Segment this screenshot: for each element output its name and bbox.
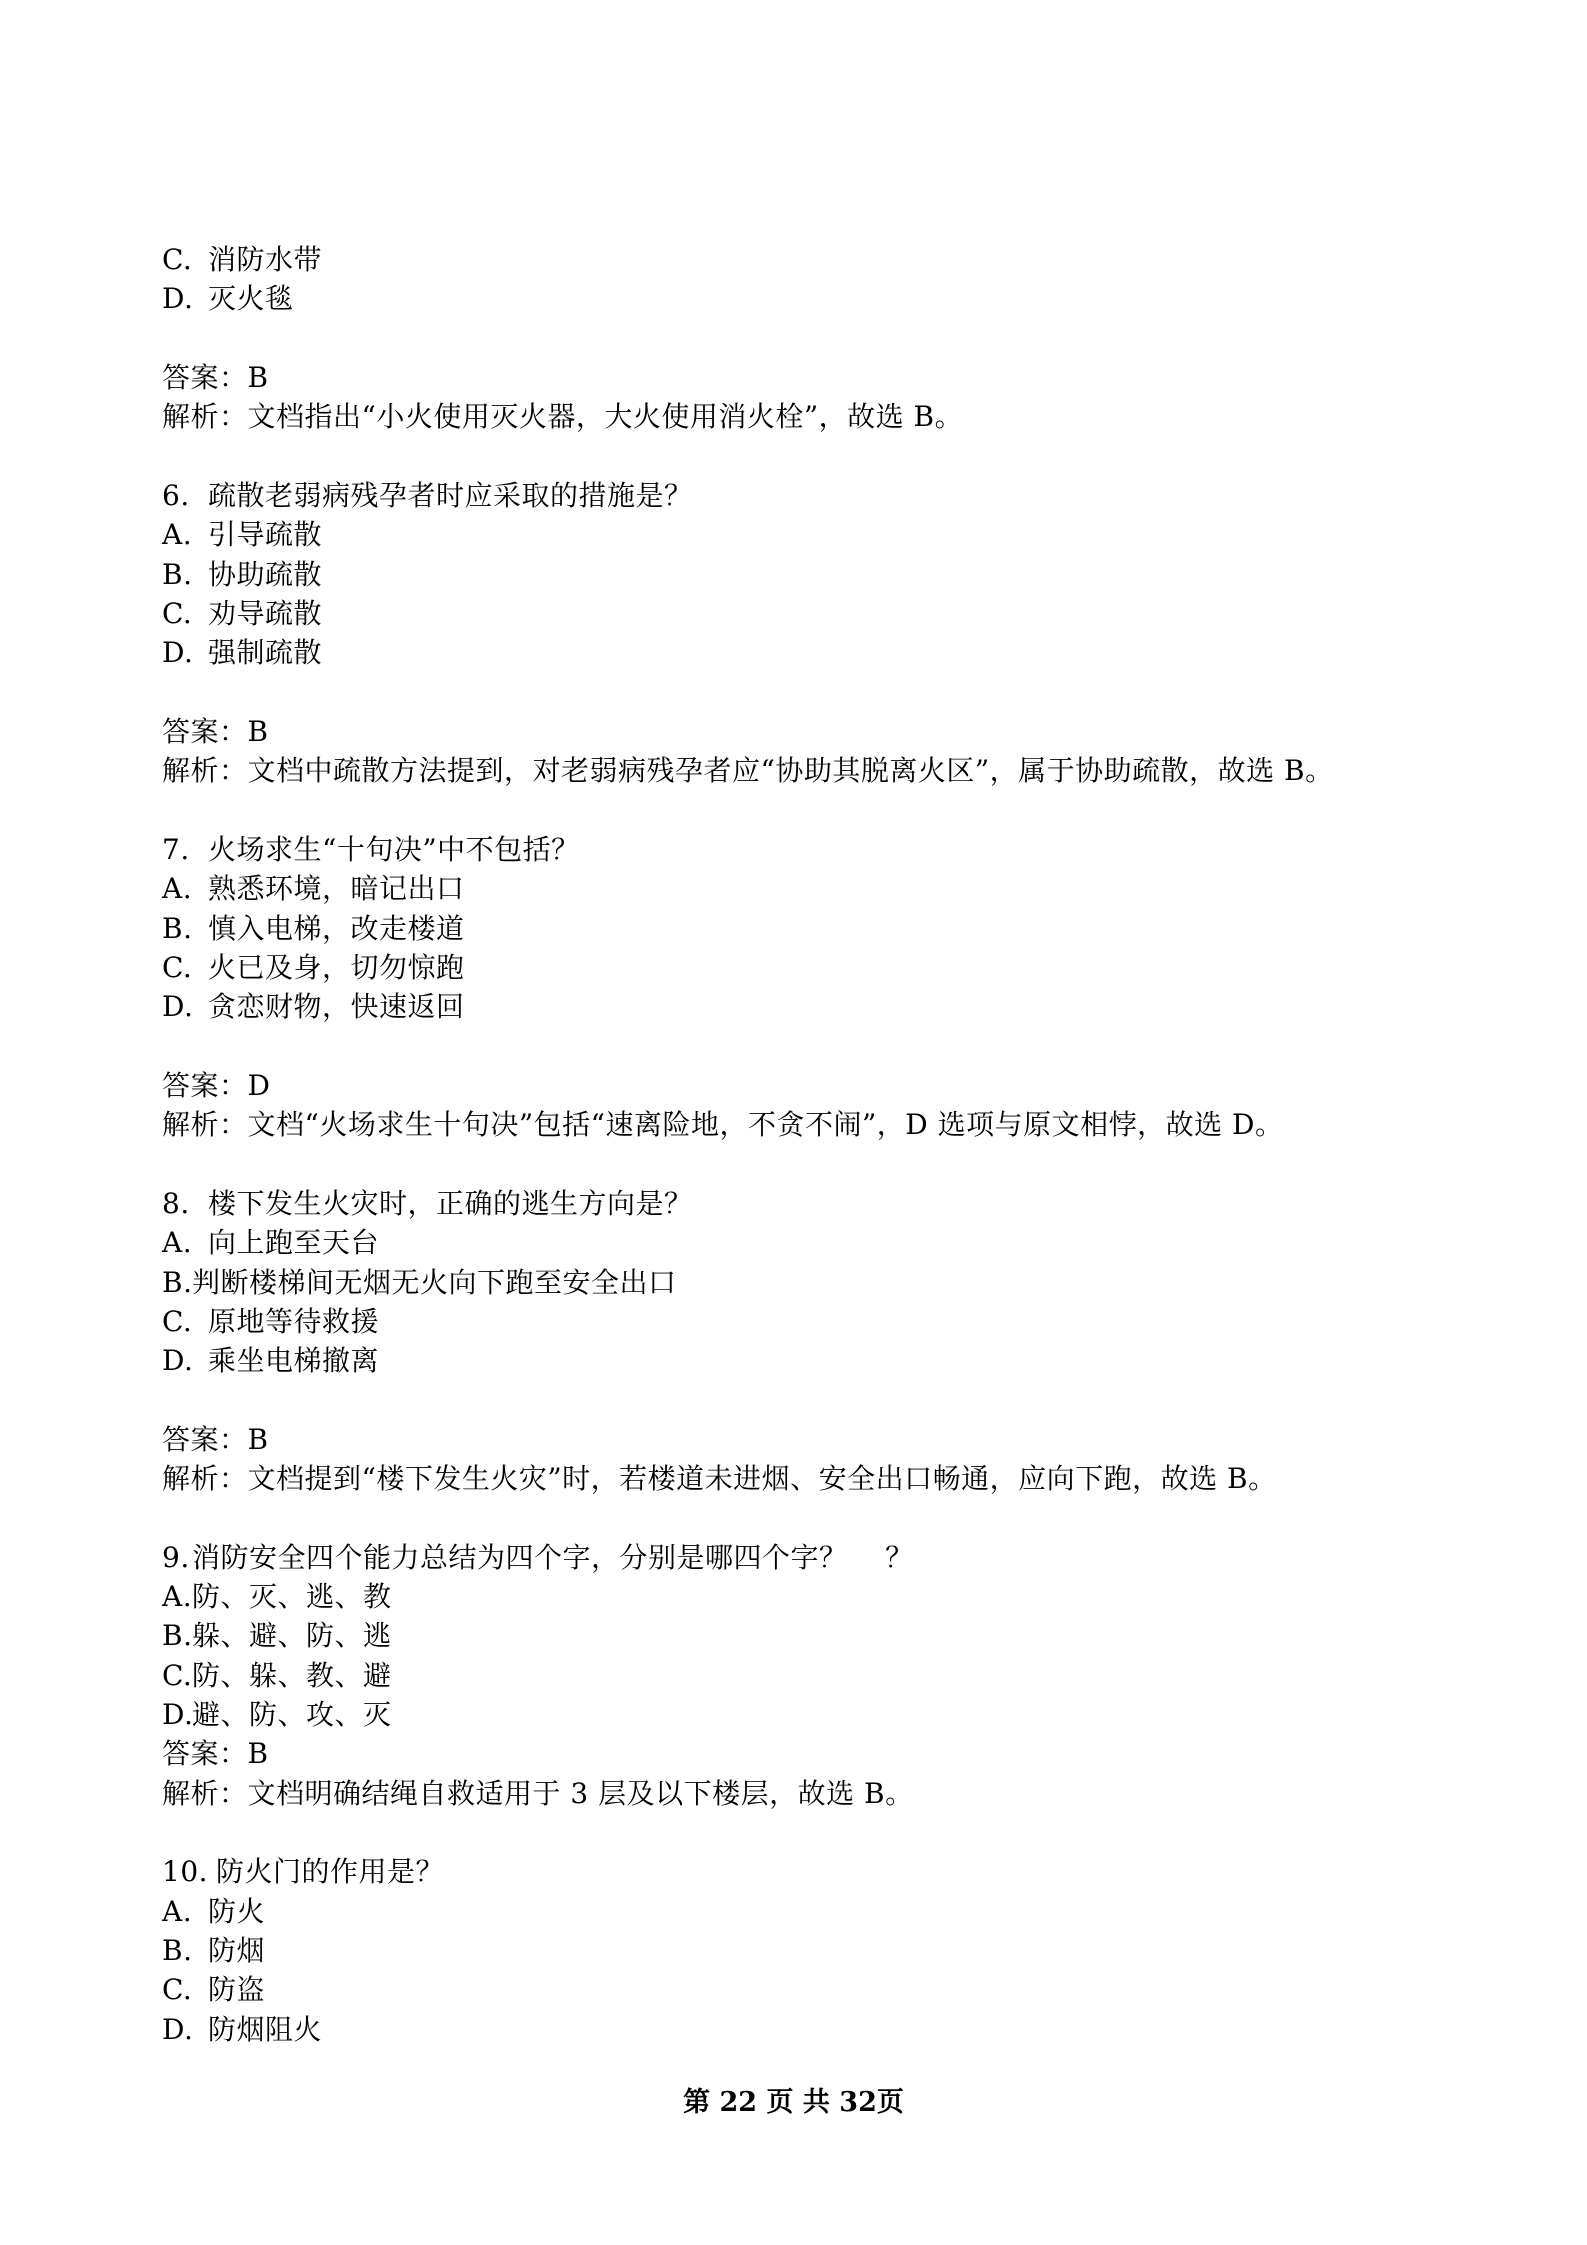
- option-text: 劝导疏散: [208, 597, 322, 630]
- option-label: D.: [162, 2010, 208, 2049]
- blank-line: [162, 791, 1442, 830]
- option-d: D.灭火毯: [162, 279, 1442, 318]
- question-text: 火场求生“十句决”中不包括？: [208, 833, 580, 866]
- option-label: A.: [162, 1223, 208, 1262]
- question-title: 9.消防安全四个能力总结为四个字，分别是哪四个字？ ？: [162, 1538, 1442, 1577]
- option-label: C.: [162, 594, 208, 633]
- option-label: D.: [162, 987, 208, 1026]
- question-text: 楼下发生火灾时，正确的逃生方向是？: [208, 1187, 693, 1220]
- option-text: 防烟阻火: [208, 2013, 322, 2046]
- option-label: C.: [162, 1302, 208, 1341]
- option-b: B.躲、避、防、逃: [162, 1616, 1442, 1655]
- option-d: D.避、防、攻、灭: [162, 1695, 1442, 1734]
- option-text: 强制疏散: [208, 636, 322, 669]
- option-label: B.: [162, 1931, 208, 1970]
- option-text: 火已及身，切勿惊跑: [208, 951, 465, 984]
- option-label: A.: [162, 515, 208, 554]
- option-text: 引导疏散: [208, 518, 322, 551]
- option-c: C.防盗: [162, 1970, 1442, 2009]
- option-label: C.: [162, 1656, 192, 1695]
- analysis-line: 解析：文档明确结绳自救适用于 3 层及以下楼层，故选 B。: [162, 1774, 1442, 1813]
- question-title: 6.疏散老弱病残孕者时应采取的措施是？: [162, 476, 1442, 515]
- option-b: B.慎入电梯，改走楼道: [162, 909, 1442, 948]
- option-label: B.: [162, 555, 208, 594]
- page-content: C.消防水带 D.灭火毯 答案：B 解析：文档指出“小火使用灭火器，大火使用消火…: [162, 240, 1442, 2049]
- option-text: 熟悉环境，暗记出口: [208, 872, 465, 905]
- option-c: C.防、躲、教、避: [162, 1656, 1442, 1695]
- option-text: 防盗: [208, 1973, 265, 2006]
- analysis-line: 解析：文档“火场求生十句决”包括“速离险地，不贪不闹”，D 选项与原文相悖，故选…: [162, 1105, 1442, 1144]
- answer-line: 答案：D: [162, 1066, 1442, 1105]
- question-number: 7.: [162, 830, 208, 869]
- option-label: A.: [162, 869, 208, 908]
- option-label: A.: [162, 1892, 208, 1931]
- option-label: C.: [162, 1970, 208, 2009]
- question-number: 9.: [162, 1538, 192, 1577]
- option-text: 判断楼梯间无烟无火向下跑至安全出口: [192, 1266, 677, 1299]
- option-c: C.火已及身，切勿惊跑: [162, 948, 1442, 987]
- option-text: 避、防、攻、灭: [192, 1698, 392, 1731]
- option-a: A.引导疏散: [162, 515, 1442, 554]
- option-c: C.消防水带: [162, 240, 1442, 279]
- analysis-line: 解析：文档提到“楼下发生火灾”时，若楼道未进烟、安全出口畅通，应向下跑，故选 B…: [162, 1459, 1442, 1498]
- option-text: 防烟: [208, 1934, 265, 1967]
- option-text: 原地等待救援: [208, 1305, 379, 1338]
- question-number: 8.: [162, 1184, 208, 1223]
- option-d: D.贪恋财物，快速返回: [162, 987, 1442, 1026]
- analysis-line: 解析：文档中疏散方法提到，对老弱病残孕者应“协助其脱离火区”，属于协助疏散，故选…: [162, 751, 1442, 790]
- option-label: D.: [162, 279, 208, 318]
- option-text: 慎入电梯，改走楼道: [208, 912, 465, 945]
- option-text: 协助疏散: [208, 558, 322, 591]
- question-title: 8.楼下发生火灾时，正确的逃生方向是？: [162, 1184, 1442, 1223]
- question-title: 7.火场求生“十句决”中不包括？: [162, 830, 1442, 869]
- option-text: 乘坐电梯撤离: [208, 1344, 379, 1377]
- answer-line: 答案：B: [162, 712, 1442, 751]
- question-number: 6.: [162, 476, 208, 515]
- option-label: B.: [162, 909, 208, 948]
- option-a: A.熟悉环境，暗记出口: [162, 869, 1442, 908]
- option-text: 贪恋财物，快速返回: [208, 990, 465, 1023]
- option-d: D.防烟阻火: [162, 2010, 1442, 2049]
- option-label: C.: [162, 240, 208, 279]
- option-c: C.原地等待救援: [162, 1302, 1442, 1341]
- option-b: B.判断楼梯间无烟无火向下跑至安全出口: [162, 1263, 1442, 1302]
- question-number: 10.: [162, 1852, 216, 1891]
- page-number-footer: 第 22 页 共 32页: [0, 2083, 1587, 2123]
- option-text: 消防水带: [208, 243, 322, 276]
- analysis-line: 解析：文档指出“小火使用灭火器，大火使用消火栓”，故选 B。: [162, 397, 1442, 436]
- question-text: 疏散老弱病残孕者时应采取的措施是？: [208, 479, 693, 512]
- option-a: A.向上跑至天台: [162, 1223, 1442, 1262]
- answer-line: 答案：B: [162, 358, 1442, 397]
- option-d: D.乘坐电梯撤离: [162, 1341, 1442, 1380]
- blank-line: [162, 673, 1442, 712]
- option-label: B.: [162, 1616, 192, 1655]
- blank-line: [162, 1027, 1442, 1066]
- document-page: C.消防水带 D.灭火毯 答案：B 解析：文档指出“小火使用灭火器，大火使用消火…: [0, 0, 1587, 2245]
- option-d: D.强制疏散: [162, 633, 1442, 672]
- question-text: 防火门的作用是？: [216, 1855, 444, 1888]
- option-text: 躲、避、防、逃: [192, 1619, 392, 1652]
- option-label: D.: [162, 633, 208, 672]
- option-a: A.防火: [162, 1892, 1442, 1931]
- option-c: C.劝导疏散: [162, 594, 1442, 633]
- option-label: B.: [162, 1263, 192, 1302]
- answer-line: 答案：B: [162, 1734, 1442, 1773]
- question-text: 消防安全四个能力总结为四个字，分别是哪四个字？ ？: [192, 1541, 914, 1574]
- option-text: 防火: [208, 1895, 265, 1928]
- blank-line: [162, 1145, 1442, 1184]
- blank-line: [162, 1381, 1442, 1420]
- option-label: D.: [162, 1341, 208, 1380]
- blank-line: [162, 437, 1442, 476]
- option-a: A.防、灭、逃、教: [162, 1577, 1442, 1616]
- option-label: A.: [162, 1577, 192, 1616]
- option-text: 灭火毯: [208, 282, 294, 315]
- blank-line: [162, 1499, 1442, 1538]
- option-b: B.防烟: [162, 1931, 1442, 1970]
- option-text: 向上跑至天台: [208, 1226, 379, 1259]
- option-text: 防、躲、教、避: [192, 1659, 392, 1692]
- option-label: D.: [162, 1695, 192, 1734]
- answer-line: 答案：B: [162, 1420, 1442, 1459]
- option-text: 防、灭、逃、教: [192, 1580, 392, 1613]
- blank-line: [162, 319, 1442, 358]
- option-label: C.: [162, 948, 208, 987]
- option-b: B.协助疏散: [162, 555, 1442, 594]
- question-title: 10.防火门的作用是？: [162, 1852, 1442, 1891]
- blank-line: [162, 1813, 1442, 1852]
